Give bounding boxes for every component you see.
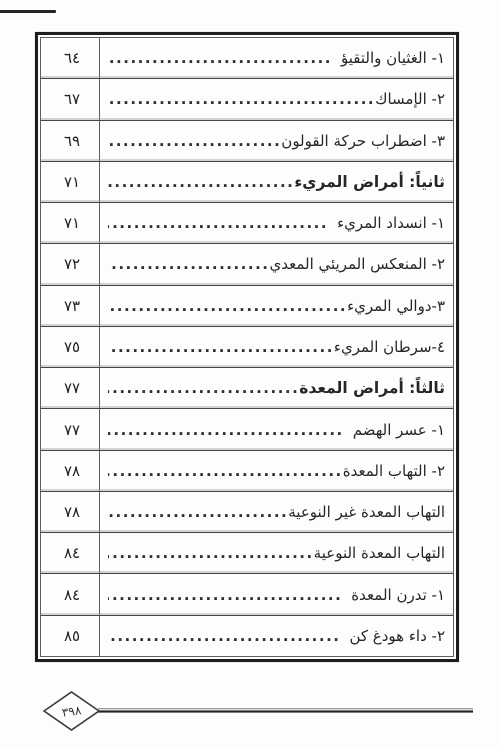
toc-row: ٧٣ ٣-دوالي المريء ......................… bbox=[41, 285, 453, 326]
toc-entry-title: ٤-سرطان المريء bbox=[334, 338, 445, 356]
toc-row: ٨٤ التهاب المعدة النوعية ...............… bbox=[41, 532, 453, 573]
footer-rule-dark bbox=[98, 710, 473, 712]
toc-page-number: ٧٧ bbox=[41, 368, 100, 408]
toc-entry: ٣- اضطراب حركة القولون .................… bbox=[100, 121, 453, 161]
toc-entry-title: ٣-دوالي المريء bbox=[347, 297, 445, 315]
toc-page-number: ٧٨ bbox=[41, 492, 100, 532]
toc-page-number: ٨٤ bbox=[41, 533, 100, 573]
toc-entry: ٢- المنعكس المريئي المعدي ..............… bbox=[100, 244, 453, 284]
scanned-page: ٦٤ ١- الغثيان والتقيؤ ..................… bbox=[0, 0, 500, 749]
scan-artifact-line bbox=[0, 10, 56, 13]
toc-entry: ٢- التهاب المعدة .......................… bbox=[100, 451, 453, 491]
toc-entry-title: التهاب المعدة النوعية bbox=[314, 544, 445, 562]
footer-page-number: ٣٩٨ bbox=[61, 703, 83, 720]
toc-entry-title: ٢- داء هودغ كن bbox=[349, 627, 445, 645]
toc-page-number: ٦٧ bbox=[41, 79, 100, 119]
toc-page-number: ٧٢ bbox=[41, 244, 100, 284]
toc-page-number: ٧١ bbox=[41, 162, 100, 202]
toc-row: ٨٥ ٢- داء هودغ كن ......................… bbox=[41, 615, 453, 656]
toc-entry-title: ١- تدرن المعدة bbox=[351, 586, 445, 604]
dot-leader-icon: ........................................… bbox=[108, 544, 314, 562]
toc-entry-title: ٢- المنعكس المريئي المعدي bbox=[269, 255, 445, 273]
toc-row: ٦٩ ٣- اضطراب حركة القولون ..............… bbox=[41, 120, 453, 161]
toc-page-number: ٧١ bbox=[41, 203, 100, 243]
toc-entry-title: ١- عسر الهضم bbox=[353, 421, 445, 439]
page-footer: ٣٩٨ bbox=[0, 680, 500, 749]
dot-leader-icon: ........................................… bbox=[108, 379, 299, 397]
dot-leader-icon: ........................................… bbox=[108, 173, 294, 191]
toc-row: ٧٧ ١- عسر الهضم ........................… bbox=[41, 408, 453, 449]
toc-entry: ثانياً: أمراض المريء ...................… bbox=[100, 162, 453, 202]
toc-row: ٧٥ ٤-سرطان المريء ......................… bbox=[41, 326, 453, 367]
dot-leader-icon: ........................................… bbox=[108, 586, 342, 604]
dot-leader-icon: ........................................… bbox=[108, 297, 347, 315]
toc-entry: ٢- الإمساك .............................… bbox=[100, 79, 453, 119]
toc-entry-title: ١- انسداد المريء bbox=[337, 214, 445, 232]
toc-entry: ٣-دوالي المريء .........................… bbox=[100, 286, 453, 326]
dot-leader-icon: ........................................… bbox=[108, 132, 281, 150]
dot-leader-icon: ........................................… bbox=[108, 338, 334, 356]
toc-page-number: ٦٤ bbox=[41, 38, 100, 78]
toc-entry: التهاب المعدة غير النوعية ..............… bbox=[100, 492, 453, 532]
toc-table: ٦٤ ١- الغثيان والتقيؤ ..................… bbox=[35, 32, 459, 662]
toc-row: ٧٨ التهاب المعدة غير النوعية ...........… bbox=[41, 491, 453, 532]
toc-table-body: ٦٤ ١- الغثيان والتقيؤ ..................… bbox=[40, 37, 454, 657]
footer-rule-light bbox=[98, 708, 473, 709]
toc-entry-title: ٢- الإمساك bbox=[375, 90, 445, 108]
toc-page-number: ٧٥ bbox=[41, 327, 100, 367]
toc-page-number: ٦٩ bbox=[41, 121, 100, 161]
toc-entry-title: ٢- التهاب المعدة bbox=[343, 462, 445, 480]
toc-row: ٧٨ ٢- التهاب المعدة ....................… bbox=[41, 450, 453, 491]
dot-leader-icon: ........................................… bbox=[108, 421, 344, 439]
toc-entry: ثالثاً: أمراض المعدة ...................… bbox=[100, 368, 453, 408]
dot-leader-icon: ........................................… bbox=[108, 214, 328, 232]
toc-entry-title: ثانياً: أمراض المريء bbox=[294, 173, 445, 191]
toc-entry: التهاب المعدة النوعية ..................… bbox=[100, 533, 453, 573]
toc-entry: ١- انسداد المريء .......................… bbox=[100, 203, 453, 243]
toc-row: ٦٧ ٢- الإمساك ..........................… bbox=[41, 78, 453, 119]
dot-leader-icon: ........................................… bbox=[108, 255, 269, 273]
dot-leader-icon: ........................................… bbox=[108, 49, 332, 67]
dot-leader-icon: ........................................… bbox=[108, 503, 288, 521]
toc-entry: ١- عسر الهضم ...........................… bbox=[100, 409, 453, 449]
toc-entry-title: ثالثاً: أمراض المعدة bbox=[299, 379, 445, 397]
toc-page-number: ٧٨ bbox=[41, 451, 100, 491]
toc-row: ٧٧ ثالثاً: أمراض المعدة ................… bbox=[41, 367, 453, 408]
dot-leader-icon: ........................................… bbox=[108, 627, 340, 645]
toc-entry: ١- تدرن المعدة .........................… bbox=[100, 574, 453, 614]
toc-page-number: ٨٤ bbox=[41, 574, 100, 614]
toc-page-number: ٨٥ bbox=[41, 616, 100, 656]
toc-page-number: ٧٧ bbox=[41, 409, 100, 449]
toc-row: ٧١ ثانياً: أمراض المريء ................… bbox=[41, 161, 453, 202]
dot-leader-icon: ........................................… bbox=[108, 462, 343, 480]
toc-entry: ١- الغثيان والتقيؤ .....................… bbox=[100, 38, 453, 78]
toc-page-number: ٧٣ bbox=[41, 286, 100, 326]
toc-entry-title: ٣- اضطراب حركة القولون bbox=[281, 132, 445, 150]
toc-row: ٦٤ ١- الغثيان والتقيؤ ..................… bbox=[41, 38, 453, 78]
toc-entry: ٤-سرطان المريء .........................… bbox=[100, 327, 453, 367]
toc-entry-title: ١- الغثيان والتقيؤ bbox=[341, 49, 445, 67]
toc-entry: ٢- داء هودغ كن .........................… bbox=[100, 616, 453, 656]
toc-row: ٨٤ ١- تدرن المعدة ......................… bbox=[41, 573, 453, 614]
dot-leader-icon: ........................................… bbox=[108, 90, 375, 108]
toc-row: ٧٢ ٢- المنعكس المريئي المعدي ...........… bbox=[41, 243, 453, 284]
toc-row: ٧١ ١- انسداد المريء ....................… bbox=[41, 202, 453, 243]
toc-entry-title: التهاب المعدة غير النوعية bbox=[288, 503, 445, 521]
